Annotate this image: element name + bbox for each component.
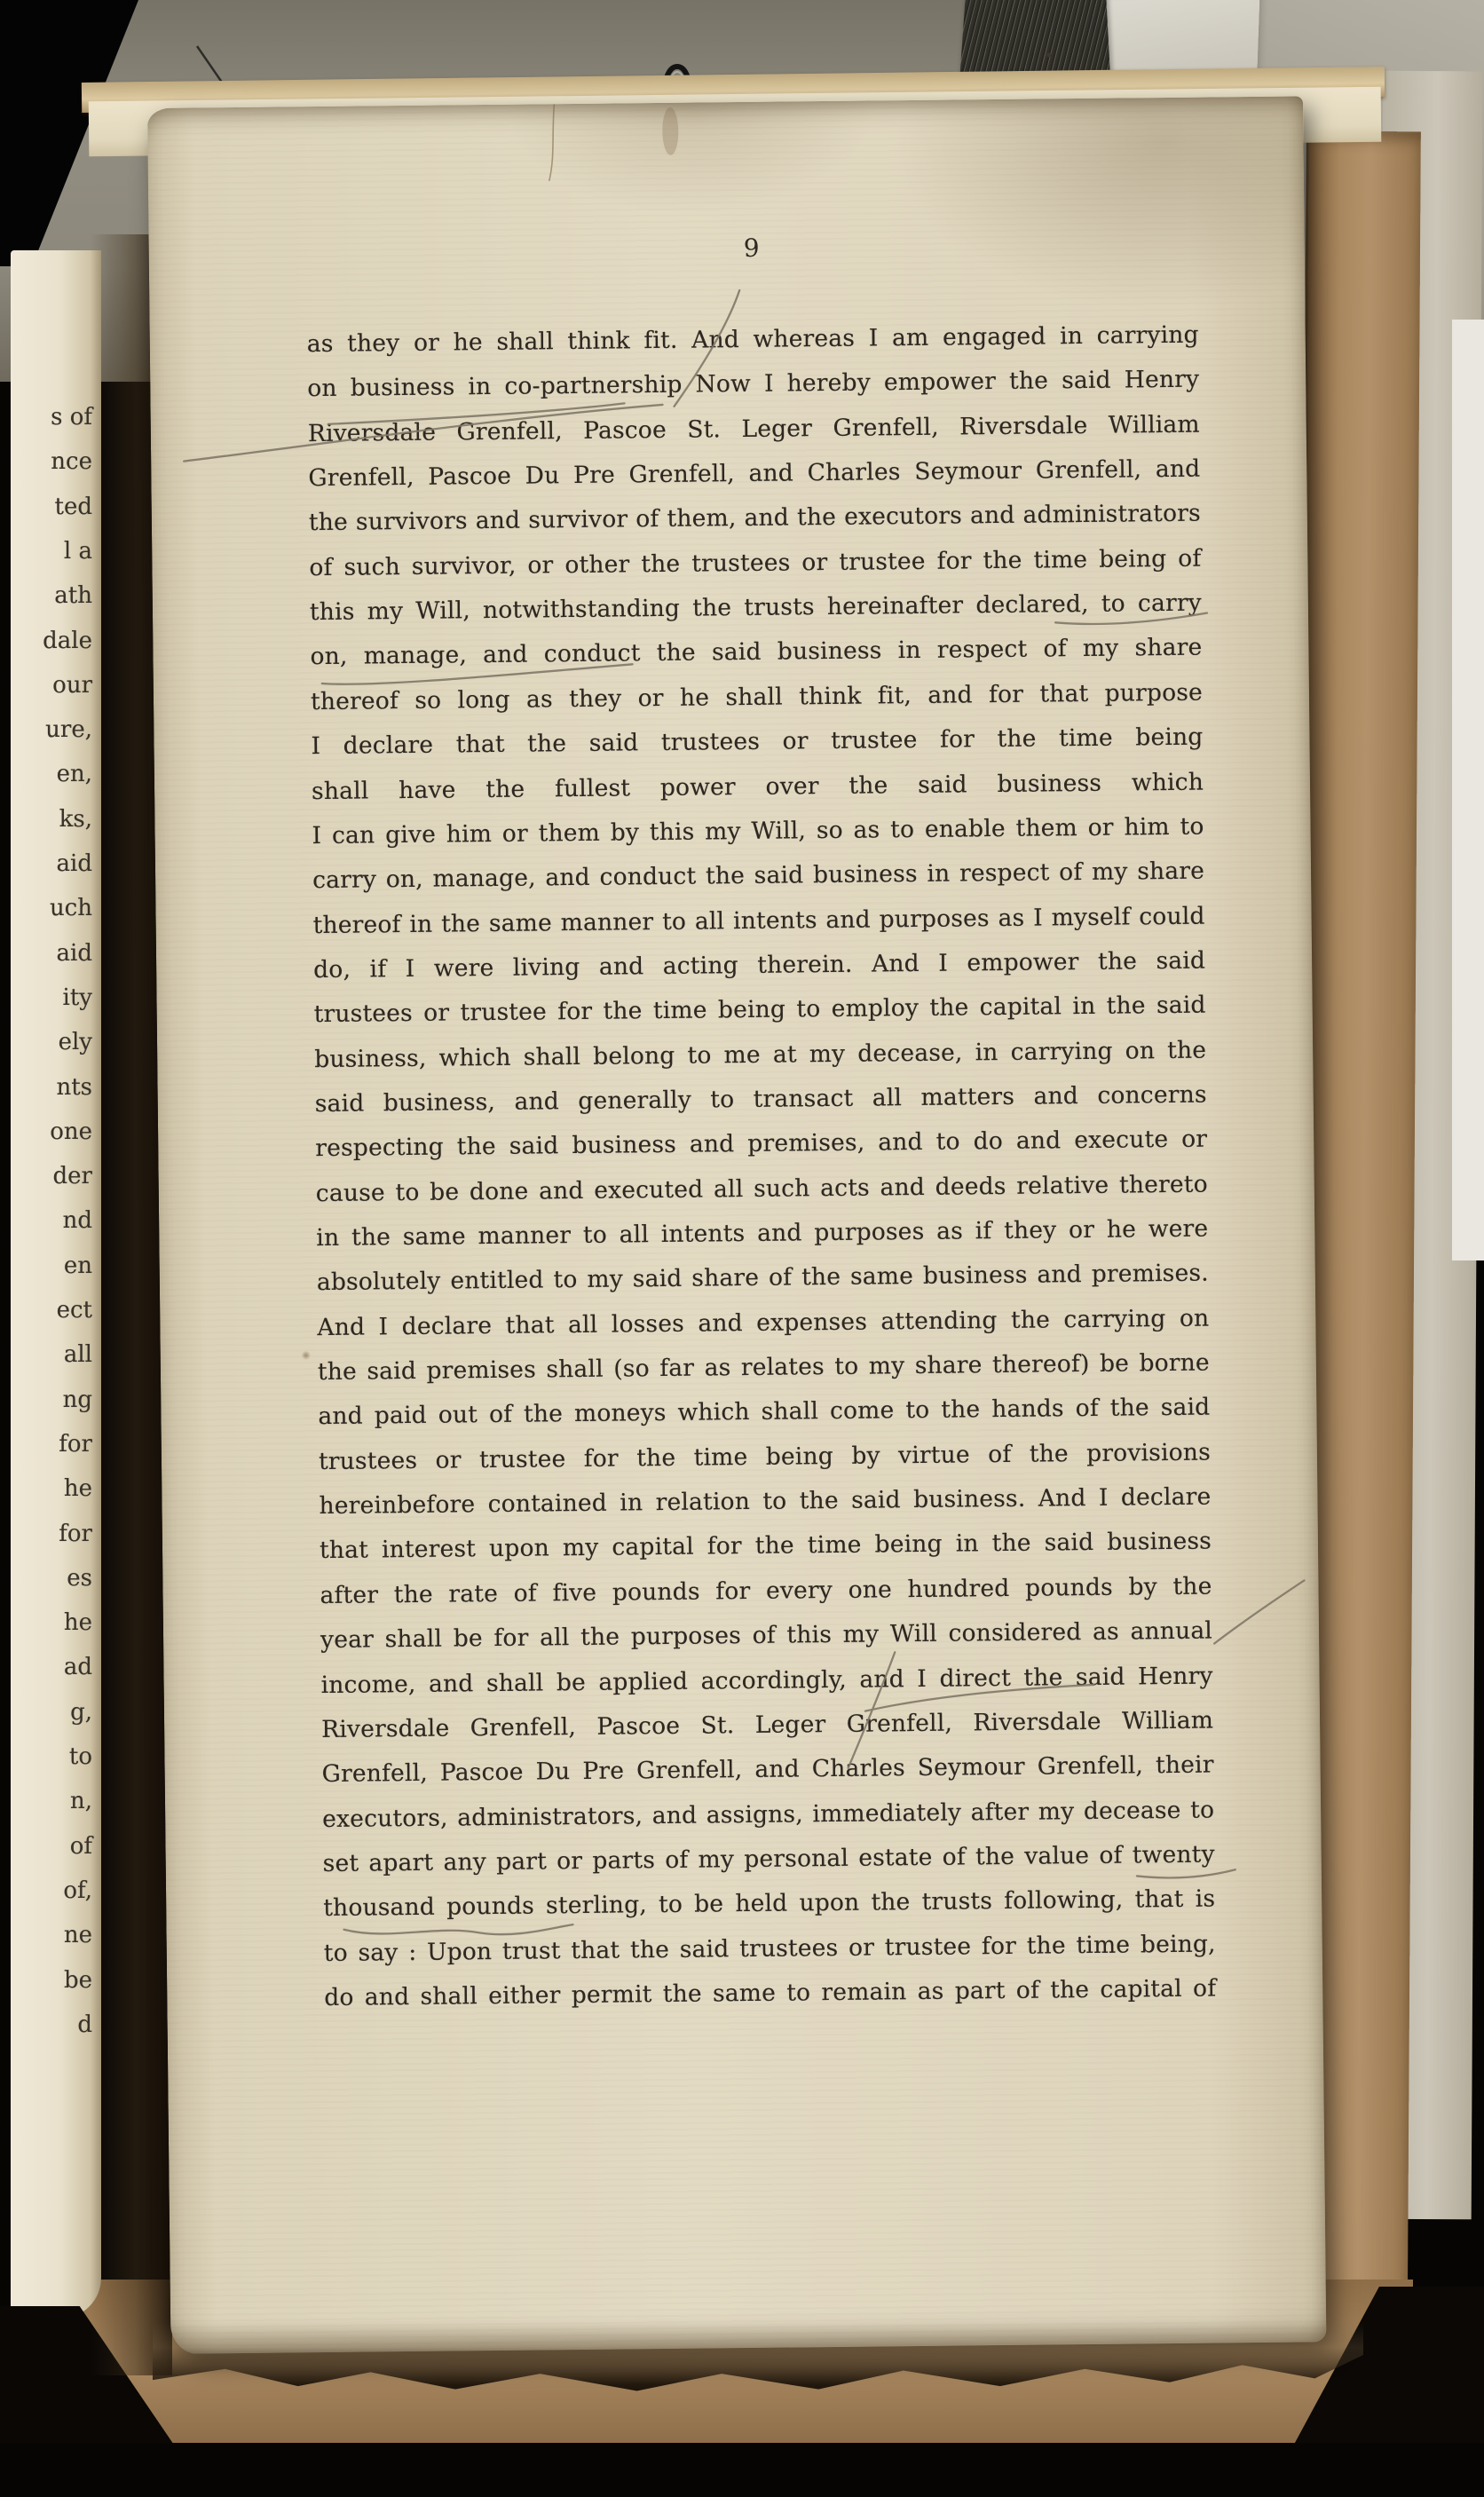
left-page-fragment: es (67, 1561, 92, 1596)
left-page-fragment: of (70, 1829, 92, 1864)
pencil-sweep-line (184, 405, 664, 462)
left-page-fragment: for (59, 1516, 92, 1552)
left-page-fragment: uch (50, 890, 92, 926)
left-page-fragment: to (69, 1739, 92, 1774)
bottom-black-band (0, 2443, 1484, 2497)
left-page-fragment: en, (57, 756, 92, 792)
left-page-fragment: g, (70, 1695, 92, 1730)
left-page-fragment: l a (64, 533, 92, 569)
pencil-margin-mark (1213, 1580, 1305, 1643)
pencil-slash-top (673, 290, 740, 407)
left-page-fragment: ely (59, 1024, 92, 1060)
left-page-fragment: en (64, 1248, 92, 1284)
left-page-edge: s ofncetedl aathdaleourure,en,ks,aiducha… (11, 250, 101, 2319)
photographed-book-scene: s ofncetedl aathdaleourure,en,ks,aiducha… (0, 0, 1484, 2497)
left-page-fragment: be (64, 1963, 92, 1998)
left-page-fragment: ne (64, 1917, 92, 1953)
pencil-underline-copartnership (328, 403, 625, 423)
left-page-fragment: one (50, 1114, 92, 1150)
left-page-fragment: he (64, 1471, 92, 1506)
left-page-fragment: ect (57, 1292, 92, 1328)
left-page-fragment: ad (64, 1649, 92, 1685)
left-page-fragment: s of (51, 399, 92, 435)
left-page-fragment: nce (51, 444, 92, 479)
stain-smudge (662, 107, 679, 155)
left-page-fragment: ure, (45, 712, 92, 747)
pencil-underline-on-manage (322, 664, 633, 684)
document-page: 9 as they or he shall think fit. And whe… (147, 96, 1326, 2353)
left-page-fragment: all (64, 1337, 92, 1372)
left-page-fragment: der (53, 1158, 92, 1194)
left-page-fragment: ity (63, 980, 92, 1015)
left-page-fragment: n, (70, 1783, 92, 1819)
left-page-fragment: of, (63, 1873, 92, 1908)
left-page-fragment: our (52, 668, 92, 703)
pencil-underline-thousand-pounds (343, 1924, 572, 1936)
pencil-underline-to-carry (1055, 613, 1207, 625)
left-page-fragment: nd (63, 1203, 92, 1238)
left-page-fragment: ted (55, 489, 92, 525)
left-page-fragment: for (59, 1426, 92, 1462)
left-page-fragment: ath (54, 578, 92, 613)
left-page-fragments: s ofncetedl aathdaleourure,en,ks,aiducha… (11, 250, 101, 2319)
white-paper-sliver (1452, 320, 1484, 1260)
pencil-underline-twenty (1137, 1869, 1235, 1878)
pencil-strike-and-direct (865, 1685, 1094, 1711)
left-page-fragment: ng (63, 1382, 92, 1418)
left-page-fragment: aid (57, 846, 92, 881)
left-page-fragment: ks, (59, 802, 92, 837)
page-crack (549, 99, 556, 180)
left-page-fragment: nts (56, 1070, 92, 1105)
left-page-fragment: dale (43, 623, 92, 659)
pencil-annotations (147, 96, 1326, 2353)
left-page-fragment: he (64, 1605, 92, 1640)
left-page-fragment: aid (57, 936, 92, 971)
